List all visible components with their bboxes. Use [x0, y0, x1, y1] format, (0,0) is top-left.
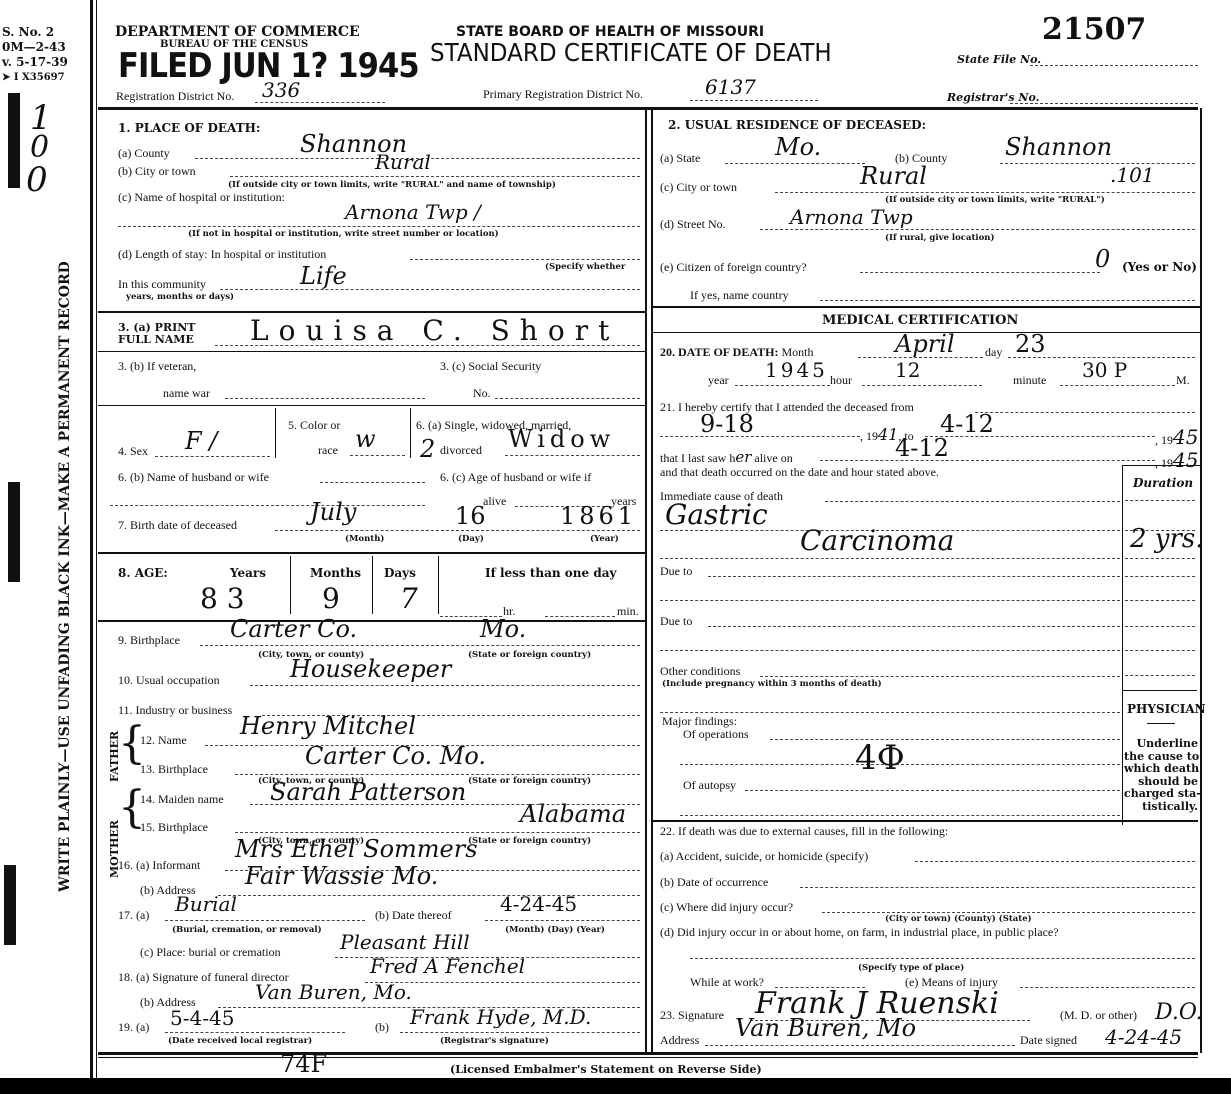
dod-day-label: day	[985, 345, 1002, 360]
res-city-hint: (If outside city or town limits, write "…	[885, 195, 1105, 205]
day-hint: (Day)	[458, 534, 484, 544]
cause-2-value: Carcinoma	[800, 524, 954, 557]
dod-day-value: 23	[1015, 330, 1046, 358]
father-state-hint: (State or foreign country)	[468, 776, 591, 786]
dod-minute-label: minute	[1013, 373, 1046, 388]
age-months-label: Months	[310, 566, 361, 580]
dod-year-label: year	[708, 373, 729, 388]
month-hint: (Month)	[345, 534, 384, 544]
burial-place-label: (c) Place: burial or cremation	[140, 945, 281, 960]
age-years-value: 8 3	[200, 582, 245, 615]
date-signed-label: Date signed	[1020, 1033, 1077, 1048]
age-years-label: Years	[230, 566, 266, 580]
external-d-label: (d) Did injury occur in or about home, o…	[660, 925, 1059, 940]
birth-year: 1861	[560, 502, 637, 530]
external-a-label: (a) Accident, suicide, or homicide (spec…	[660, 849, 868, 864]
dod-hour-value: 12	[895, 358, 920, 382]
age-label: 8. AGE:	[118, 566, 168, 580]
disposal-hint: (Burial, cremation, or removal)	[172, 925, 322, 935]
divorced-label: divorced	[440, 443, 482, 458]
informant-label: 16. (a) Informant	[118, 858, 200, 873]
registrar-sig-hint: (Registrar's signature)	[440, 1036, 549, 1046]
findings-value: 4Ф	[855, 738, 905, 778]
margin-black-bar-low	[4, 865, 16, 945]
dod-month-value: April	[895, 330, 955, 358]
mother-name-label: 14. Maiden name	[140, 792, 224, 807]
mother-name-value: Sarah Patterson	[270, 778, 466, 806]
date-signed-value: 4-24-45	[1105, 1025, 1182, 1049]
ss-label: 3. (c) Social Security	[440, 359, 541, 374]
res-city-label: (c) City or town	[660, 180, 737, 195]
certifier-address-label: Address	[660, 1033, 699, 1048]
age-days-value: 7	[400, 582, 418, 615]
funeral-director-value: Fred A Fenchel	[370, 954, 525, 978]
birth-month: July	[310, 498, 356, 526]
birthplace-state: Mo.	[480, 615, 526, 643]
signature-title: D.O.	[1155, 1000, 1203, 1025]
department-label: DEPARTMENT OF COMMERCE	[115, 24, 360, 40]
external-c-hint: (City or town) (County) (State)	[885, 914, 1032, 924]
primary-district-value: 6137	[705, 75, 756, 99]
margin-instruction: WRITE PLAINLY—USE UNFADING BLACK INK—MAK…	[57, 261, 73, 892]
external-c-label: (c) Where did injury occur?	[660, 900, 793, 915]
due-to-1-label: Due to	[660, 564, 692, 579]
place-of-death-heading: 1. PLACE OF DEATH:	[118, 121, 260, 135]
other-conditions-label: Other conditions	[660, 664, 740, 679]
form-codes: S. No. 2 0M—2-43 v. 5-17-39 ➤ I X35697	[2, 25, 68, 85]
last-saw-date: 4-12	[895, 434, 949, 462]
pod-county-label: (a) County	[118, 146, 170, 161]
form-title: STANDARD CERTIFICATE OF DEATH	[430, 38, 832, 67]
marital-value: Widow	[508, 425, 615, 453]
year-hint: (Year)	[590, 534, 619, 544]
column-divider	[645, 108, 647, 1053]
form-code: ➤ I X35697	[2, 70, 68, 85]
dod-year-value: 1945	[765, 358, 828, 382]
res-city-extra: .101	[1110, 163, 1155, 187]
received-value: 5-4-45	[170, 1006, 234, 1030]
marital-code: 2	[420, 435, 435, 463]
footer-number: 74F	[280, 1050, 327, 1078]
informant-address-value: Fair Wassie Mo.	[245, 862, 438, 890]
date-thereof-value: 4-24-45	[500, 892, 577, 916]
medical-heading: MEDICAL CERTIFICATION	[822, 313, 1018, 328]
occupation-value: Housekeeper	[290, 655, 451, 683]
race-value: w	[355, 425, 376, 453]
pod-stay-label: (d) Length of stay: In hospital or insti…	[118, 247, 326, 262]
pod-hospital-value: Arnona Twp /	[345, 200, 481, 224]
father-birthplace-label: 13. Birthplace	[140, 762, 208, 777]
burial-place-value: Pleasant Hill	[340, 930, 470, 954]
state-file-label: State File No.	[957, 53, 1041, 66]
age-months-value: 9	[322, 582, 340, 615]
birth-day: 16	[455, 502, 486, 530]
state-file-number: 21507	[1042, 12, 1146, 47]
pod-city-value: Rural	[375, 150, 431, 174]
certifier-address-value: Van Buren, Mo	[735, 1014, 916, 1042]
funeral-address-value: Van Buren, Mo.	[255, 980, 412, 1004]
res-county-value: Shannon	[1005, 133, 1112, 161]
margin-rule-2	[96, 0, 97, 1078]
mother-state-hint: (State or foreign country)	[468, 836, 591, 846]
occurred-label: and that death occurred on the date and …	[660, 465, 939, 480]
pod-community-hint: years, months or days)	[126, 292, 234, 302]
birth-date-label: 7. Birth date of deceased	[118, 518, 237, 533]
margin-rule	[90, 0, 93, 1078]
external-d-hint: (Specify type of place)	[858, 963, 964, 973]
birthplace-label: 9. Birthplace	[118, 633, 180, 648]
pod-city-label: (b) City or town	[118, 164, 196, 179]
mother-birthplace-label: 15. Birthplace	[140, 820, 208, 835]
informant-value: Mrs Ethel Sommers	[235, 835, 478, 863]
race-label: race	[318, 443, 338, 458]
res-citizen-value: 0	[1095, 245, 1110, 273]
pod-hospital-hint: (If not in hospital or institution, writ…	[188, 229, 499, 239]
sex-label: 4. Sex	[118, 444, 148, 459]
received-hint: (Date received local registrar)	[168, 1036, 312, 1046]
received-label: 19. (a)	[118, 1020, 149, 1035]
res-street-hint: (If rural, give location)	[885, 233, 995, 243]
signature-label: 23. Signature	[660, 1008, 724, 1023]
pod-community-value: Life	[300, 262, 347, 290]
autopsy-label: Of autopsy	[683, 778, 736, 793]
dod-m-label: M.	[1176, 373, 1190, 388]
age-days-label: Days	[384, 566, 416, 580]
res-street-value: Arnona Twp	[790, 205, 913, 229]
father-name-value: Henry Mitchel	[240, 712, 416, 740]
res-country-label: If yes, name country	[690, 288, 789, 303]
embalmer-note: (Licensed Embalmer's Statement on Revers…	[450, 1063, 762, 1076]
margin-mark: 0	[26, 160, 48, 200]
war-label: name war	[163, 386, 210, 401]
birthplace-city: Carter Co.	[230, 615, 357, 643]
registration-district-label: Registration District No.	[116, 89, 234, 104]
dod-hour-label: hour	[830, 373, 852, 388]
res-state-value: Mo.	[775, 133, 821, 161]
duration-label: Duration	[1133, 476, 1193, 490]
registration-district-value: 336	[262, 78, 300, 102]
attended-to-year: , 1945	[1155, 425, 1198, 449]
duration-value: 2 yrs.	[1130, 524, 1204, 554]
age-less-label: If less than one day	[485, 566, 616, 580]
industry-label: 11. Industry or business	[118, 703, 232, 718]
alive-label: alive	[483, 494, 506, 509]
father-birthplace-value: Carter Co. Mo.	[305, 742, 486, 770]
spouse-age-label: 6. (c) Age of husband or wife if	[440, 470, 591, 485]
occupation-label: 10. Usual occupation	[118, 673, 220, 688]
date-thereof-hint: (Month) (Day) (Year)	[505, 925, 605, 935]
certify-label: 21. I hereby certify that I attended the…	[660, 400, 914, 415]
while-at-work-label: While at work?	[690, 975, 764, 990]
pod-hospital-label: (c) Name of hospital or institution:	[118, 190, 285, 205]
res-citizen-label: (e) Citizen of foreign country?	[660, 260, 807, 275]
signature-suffix: (M. D. or other)	[1060, 1008, 1137, 1023]
form-code: S. No. 2	[2, 25, 68, 40]
margin-black-bar-top	[8, 93, 20, 188]
father-name-label: 12. Name	[140, 733, 187, 748]
full-name-label: 3. (a) PRINTFULL NAME	[118, 322, 195, 346]
disposal-value: Burial	[175, 892, 237, 916]
attended-from-date: 9-18	[700, 410, 754, 438]
death-certificate-page: S. No. 2 0M—2-43 v. 5-17-39 ➤ I X35697 1…	[0, 0, 1231, 1078]
disposal-label: 17. (a)	[118, 908, 149, 923]
external-heading: 22. If death was due to external causes,…	[660, 824, 948, 839]
pod-community-label: In this community	[118, 277, 206, 292]
operations-label: Of operations	[683, 727, 749, 742]
spouse-label: 6. (b) Name of husband or wife	[118, 470, 269, 485]
pod-stay-hint: (Specify whether	[545, 262, 625, 272]
veteran-label: 3. (b) If veteran,	[118, 359, 196, 374]
other-conditions-hint: (Include pregnancy within 3 months of de…	[662, 679, 882, 689]
margin-black-bar-mid	[8, 482, 20, 582]
residence-heading: 2. USUAL RESIDENCE OF DECEASED:	[668, 118, 926, 132]
last-saw-label: that I last saw her alive on	[660, 448, 793, 466]
registrar-sig-label: (b)	[375, 1020, 389, 1035]
min-label: min.	[617, 604, 639, 619]
due-to-2-label: Due to	[660, 614, 692, 629]
form-code: v. 5-17-39	[2, 55, 68, 70]
last-saw-year: , 1945	[1155, 448, 1198, 472]
primary-district-label: Primary Registration District No.	[483, 87, 643, 102]
ss-no-label: No.	[473, 386, 491, 401]
birthplace-state-hint: (State or foreign country)	[468, 650, 591, 660]
physician-note: Underline the cause to which death shoul…	[1124, 738, 1198, 813]
res-city-value: Rural	[860, 162, 927, 190]
dod-minute-value: 30 P	[1082, 358, 1127, 382]
sex-value: F /	[185, 427, 217, 455]
res-citizen-hint: (Yes or No)	[1122, 260, 1197, 274]
res-street-label: (d) Street No.	[660, 217, 726, 232]
full-name-value: Louisa C. Short	[250, 314, 619, 347]
external-b-label: (b) Date of occurrence	[660, 875, 768, 890]
form-code: 0M—2-43	[2, 40, 68, 55]
cause-1-value: Gastric	[665, 498, 768, 531]
res-state-label: (a) State	[660, 151, 700, 166]
date-thereof-label: (b) Date thereof	[375, 908, 452, 923]
mother-birthplace-value: Alabama	[520, 800, 626, 828]
color-label: 5. Color or	[288, 418, 340, 433]
pod-city-hint: (If outside city or town limits, write "…	[228, 180, 556, 190]
registrar-sig-value: Frank Hyde, M.D.	[410, 1005, 591, 1029]
physician-heading: PHYSICIAN	[1127, 702, 1206, 716]
